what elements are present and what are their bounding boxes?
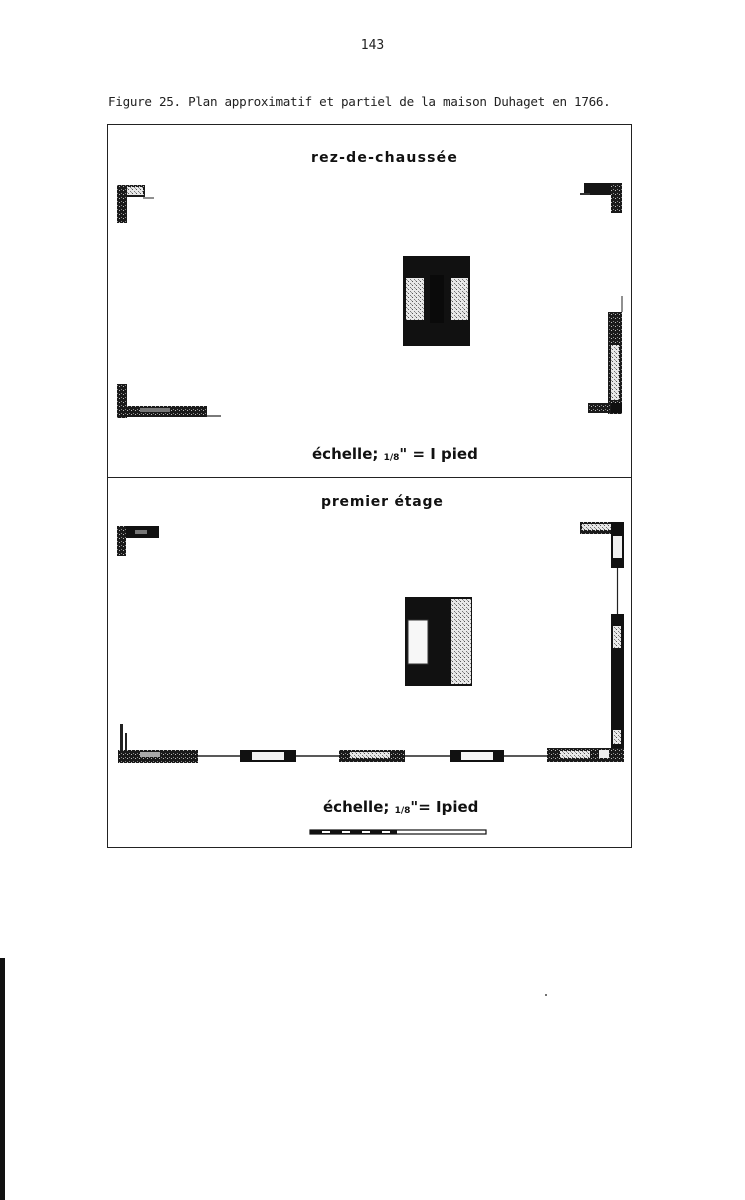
wall-corner-bottom-left [117, 384, 221, 418]
scan-edge-shadow [0, 958, 5, 1200]
wall-right-upper [580, 522, 624, 760]
wall-corner-top-left-upper [117, 526, 159, 556]
ground-floor-plan [117, 183, 622, 418]
scale-bar [310, 830, 486, 834]
scan-speck [545, 994, 547, 996]
wall-right-ground-floor [588, 296, 622, 414]
chimney-first-floor [405, 597, 472, 686]
wall-bottom-upper [118, 724, 624, 763]
wall-corner-top-left [117, 185, 154, 223]
wall-corner-top-right [580, 183, 622, 213]
floor-plan-drawing [0, 0, 745, 1200]
chimney-ground-floor [403, 256, 470, 346]
first-floor-plan [117, 522, 624, 834]
